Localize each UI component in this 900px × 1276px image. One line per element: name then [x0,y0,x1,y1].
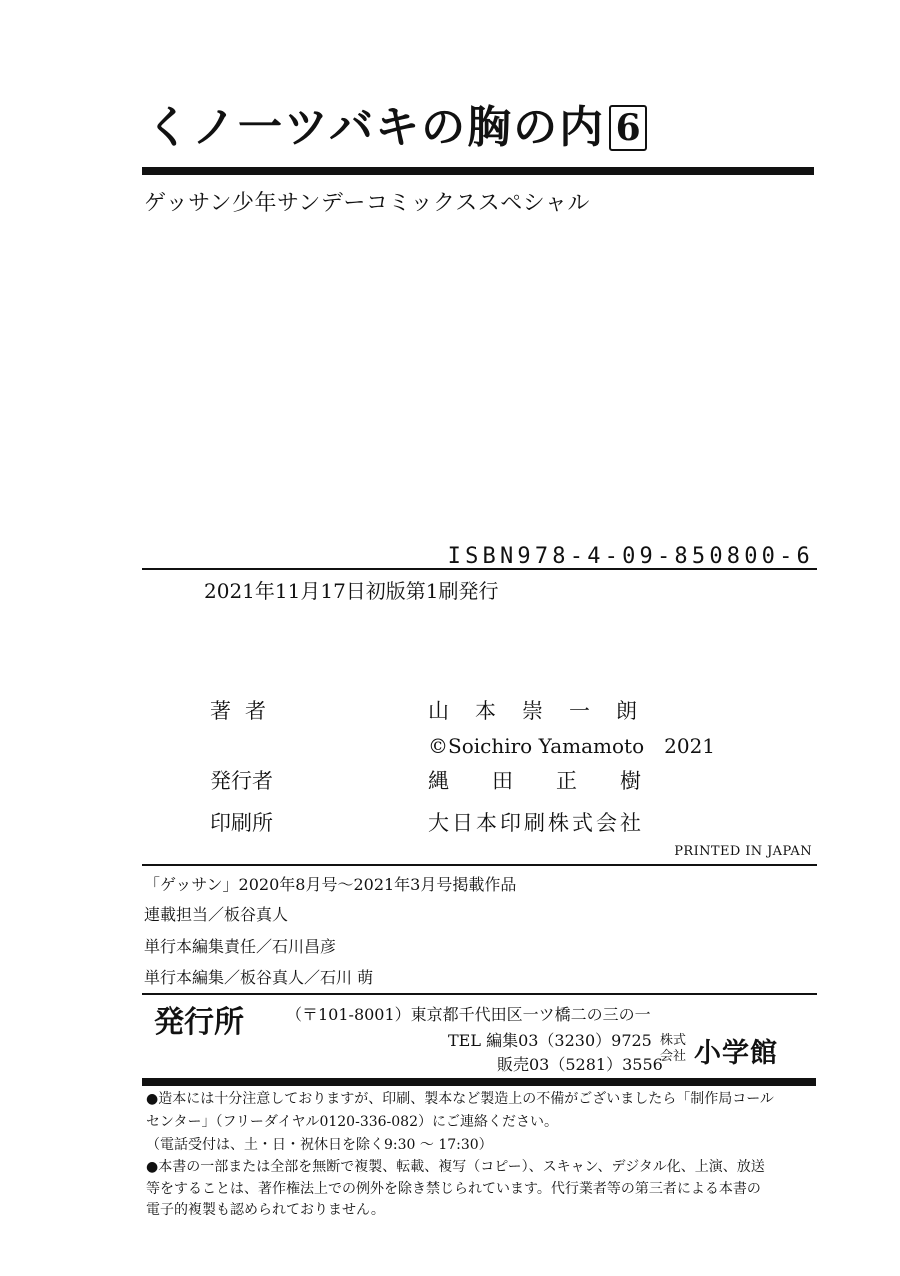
phone-editorial: TEL 編集03（3230）9725 [448,1030,652,1052]
credits-divider [142,864,817,866]
info-divider [142,993,817,995]
phone-sales: 販売03（5281）3556 [497,1054,663,1076]
note-line: センター」（フリーダイヤル0120-336-082）にご連絡ください。 [146,1112,816,1133]
first-edition-date: 2021年11月17日初版第1刷発行 [204,576,499,606]
isbn-divider [142,568,817,570]
isbn: ISBN978-4-09-850800-6 [448,543,814,571]
printed-in-japan: PRINTED IN JAPAN [674,844,812,860]
book-title: くノ一ツバキの胸の内 6 [146,100,647,156]
company-type-label: 株式会社 [660,1033,690,1065]
copyright-notice: ©Soichiro Yamamoto 2021 [428,731,715,761]
series-name: ゲッサン少年サンデーコミックススペシャル [144,186,590,222]
publisher-address: （〒101-8001）東京都千代田区一ツ橋二の三の一 [286,1004,651,1026]
title-divider [142,167,814,175]
note-line: ●造本には十分注意しておりますが、印刷、製本など製造上の不備がございましたら「制… [146,1089,816,1110]
note-line: ●本書の一部または全部を無断で複製、転載、複写（コピー）、スキャン、デジタル化、… [146,1157,816,1178]
serialization-editor: 連載担当／板谷真人 [144,904,288,926]
serialization-source: 「ゲッサン」2020年8月号～2021年3月号掲載作品 [144,874,516,896]
note-line: 等をすることは、著作権法上での例外を除き禁じられています。代行業者等の第三者によ… [146,1179,816,1200]
note-line: （電話受付は、土・日・祝休日を除く9:30 ～ 17:30） [146,1135,816,1156]
publisher-logo: 小学館 [694,1037,778,1071]
author-label: 著者 [210,696,280,726]
publisher-person-label: 発行者 [210,766,273,796]
note-line: 電子的複製も認められておりません。 [146,1200,816,1221]
volume-editor-in-charge: 単行本編集責任／石川昌彦 [144,936,336,958]
printer-name: 大日本印刷株式会社 [428,808,644,838]
author-name: 山本崇一朗 [428,696,663,726]
publishing-office-label: 発行所 [154,1002,244,1044]
volume-number-badge: 6 [609,105,647,151]
volume-editors: 単行本編集／板谷真人／石川 萌 [144,967,373,989]
publisher-divider [142,1078,816,1086]
publisher-person-name: 縄田正樹 [428,766,684,796]
book-title-text: くノ一ツバキの胸の内 [146,100,605,156]
printer-label: 印刷所 [210,808,273,838]
